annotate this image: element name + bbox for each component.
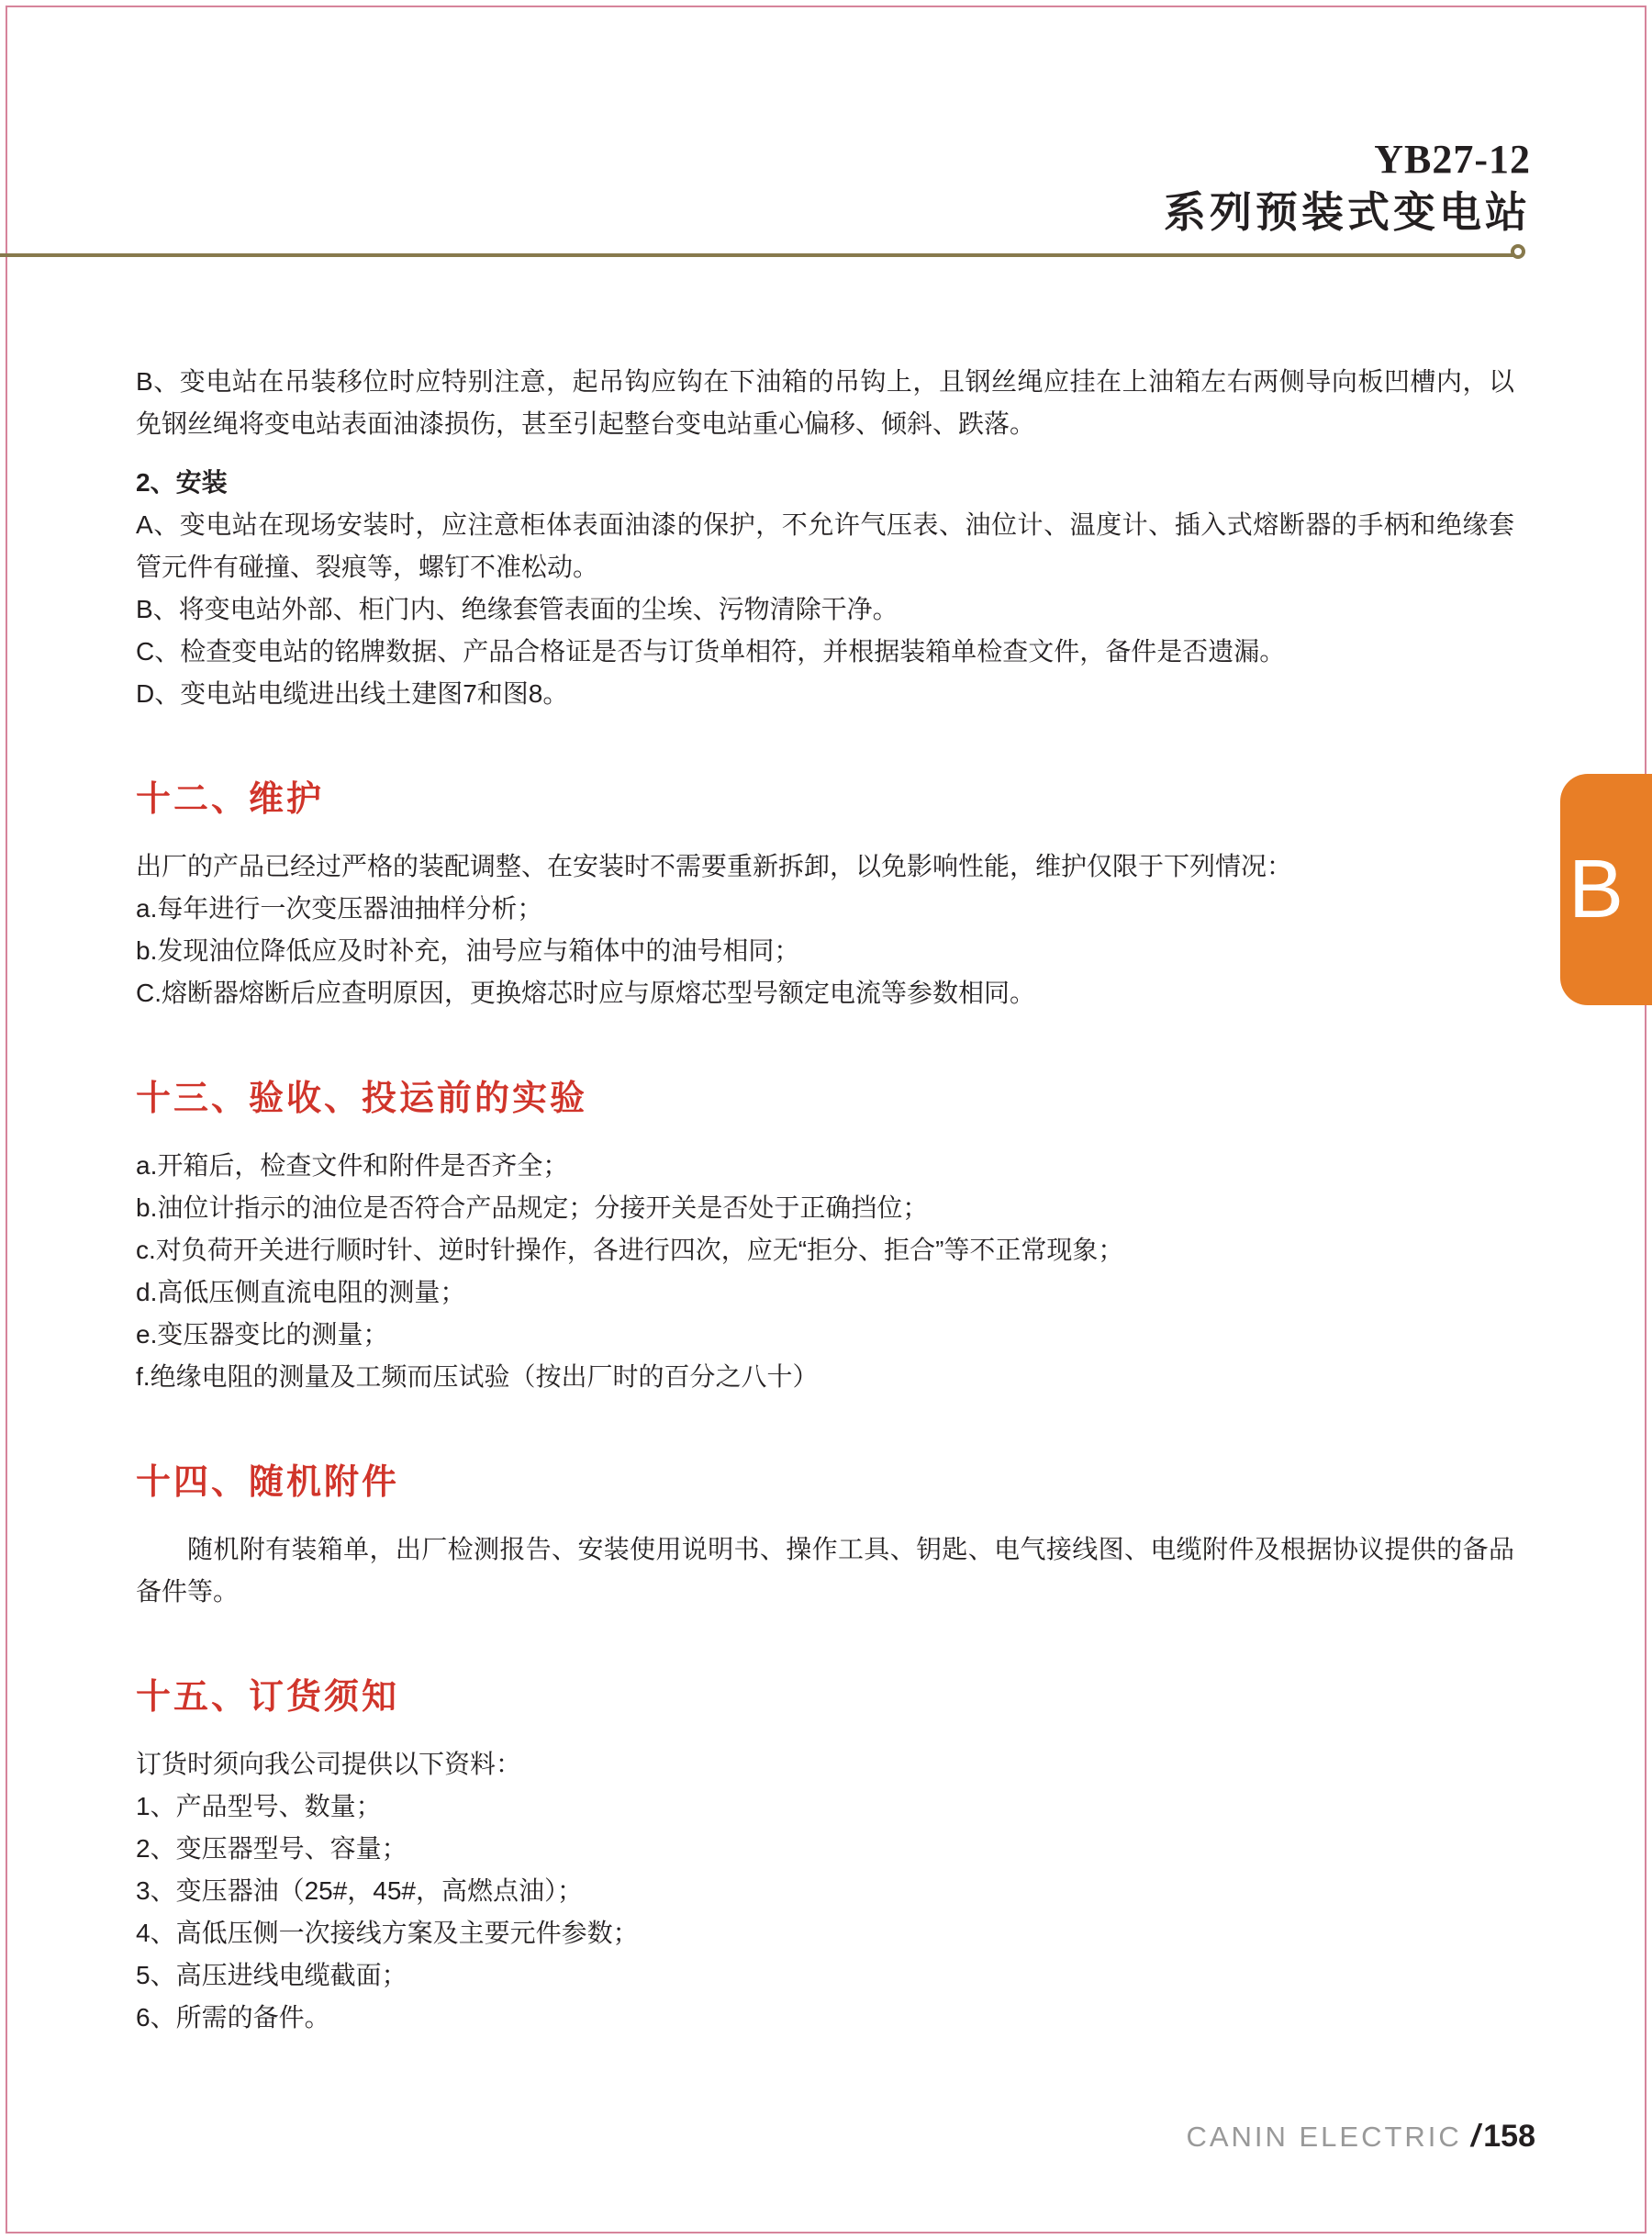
footer-brand: CANIN ELECTRIC [1186,2121,1461,2154]
section-index-tab: B [1560,774,1652,1005]
acceptance-item-f: f.绝缘电阻的测量及工频而压试验（按出厂时的百分之八十） [136,1356,1514,1398]
model-number: YB27-12 [1164,138,1531,182]
header-rule [0,253,1514,257]
maintenance-item-a: a.每年进行一次变压器油抽样分析； [136,888,1514,930]
section-index-tab-label: B [1568,848,1624,931]
footer-page-number: 158 [1483,2119,1535,2155]
hoisting-note-paragraph: B、变电站在吊装移位时应特别注意，起吊钩应钩在下油箱的吊钩上，且钢丝绳应挂在上油… [136,361,1514,445]
footer-slash: / [1471,2119,1479,2155]
install-item-a: A、变电站在现场安装时，应注意柜体表面油漆的保护，不允许气压表、油位计、温度计、… [136,504,1514,588]
install-item-b: B、将变电站外部、柜门内、绝缘套管表面的尘埃、污物清除干净。 [136,588,1514,631]
ordering-item-6: 6、所需的备件。 [136,1997,1514,2039]
section-accessories: 十四、随机附件 随机附有装箱单，出厂检测报告、安装使用说明书、操作工具、钥匙、电… [136,1461,1514,1613]
acceptance-item-c: c.对负荷开关进行顺时针、逆时针操作，各进行四次，应无“拒分、拒合”等不正常现象… [136,1229,1514,1271]
ordering-item-4: 4、高低压侧一次接线方案及主要元件参数； [136,1912,1514,1954]
maintenance-intro: 出厂的产品已经过严格的装配调整、在安装时不需要重新拆卸，以免影响性能，维护仅限于… [136,845,1514,888]
manual-page: YB27-12 系列预装式变电站 B B、变电站在吊装移位时应特别注意，起吊钩应… [0,0,1652,2239]
maintenance-item-c: C.熔断器熔断后应查明原因，更换熔芯时应与原熔芯型号额定电流等参数相同。 [136,972,1514,1014]
page-footer: CANIN ELECTRIC / 158 [1186,2119,1535,2155]
ordering-item-3: 3、变压器油（25#，45#，高燃点油）； [136,1870,1514,1912]
ordering-item-2: 2、变压器型号、容量； [136,1828,1514,1870]
section-acceptance-tests: 十三、验收、投运前的实验 a.开箱后，检查文件和附件是否齐全； b.油位计指示的… [136,1077,1514,1398]
page-body: B、变电站在吊装移位时应特别注意，起吊钩应钩在下油箱的吊钩上，且钢丝绳应挂在上油… [136,361,1514,2039]
install-subheading: 2、安装 [136,462,1514,504]
install-item-d: D、变电站电缆进出线土建图7和图8。 [136,673,1514,715]
acceptance-item-b: b.油位计指示的油位是否符合产品规定；分接开关是否处于正确挡位； [136,1187,1514,1229]
page-header: YB27-12 系列预装式变电站 [1164,138,1531,237]
rule-end-circle-icon [1511,244,1525,259]
section-ordering-info-title: 十五、订货须知 [136,1675,1514,1719]
acceptance-item-a: a.开箱后，检查文件和附件是否齐全； [136,1145,1514,1187]
ordering-item-1: 1、产品型号、数量； [136,1786,1514,1828]
ordering-item-5: 5、高压进线电缆截面； [136,1954,1514,1997]
ordering-lead: 订货时须向我公司提供以下资料： [136,1743,1514,1786]
section-maintenance-title: 十二、维护 [136,778,1514,822]
series-title: 系列预装式变电站 [1164,187,1531,237]
section-acceptance-tests-title: 十三、验收、投运前的实验 [136,1077,1514,1121]
section-maintenance: 十二、维护 出厂的产品已经过严格的装配调整、在安装时不需要重新拆卸，以免影响性能… [136,778,1514,1014]
acceptance-item-e: e.变压器变比的测量； [136,1314,1514,1356]
section-ordering-info: 十五、订货须知 订货时须向我公司提供以下资料： 1、产品型号、数量； 2、变压器… [136,1675,1514,2039]
acceptance-item-d: d.高低压侧直流电阻的测量； [136,1271,1514,1314]
install-item-c: C、检查变电站的铭牌数据、产品合格证是否与订货单相符，并根据装箱单检查文件，备件… [136,631,1514,673]
accessories-paragraph: 随机附有装箱单，出厂检测报告、安装使用说明书、操作工具、钥匙、电气接线图、电缆附… [136,1528,1514,1613]
section-accessories-title: 十四、随机附件 [136,1461,1514,1505]
maintenance-item-b: b.发现油位降低应及时补充，油号应与箱体中的油号相同； [136,930,1514,972]
